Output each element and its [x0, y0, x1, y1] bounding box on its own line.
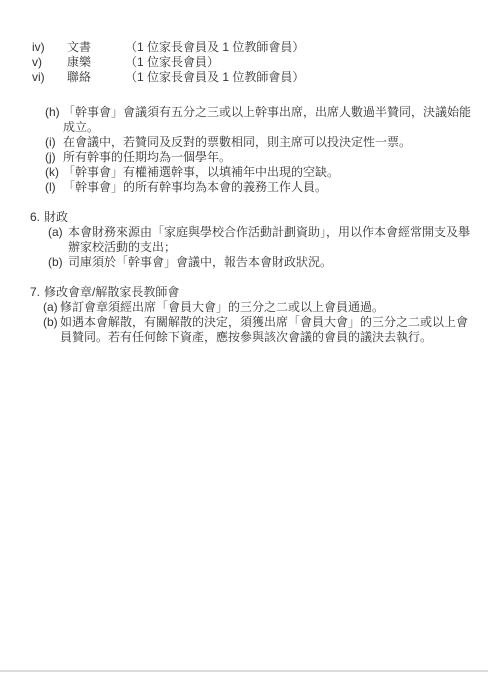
clause-l: (l) 「幹事會」的所有幹事均為本會的義務工作人員。: [45, 180, 473, 195]
clause-list: (h) 「幹事會」會議須有五分之三或以上幹事出席，出席人數過半贊同，決議始能成立…: [45, 105, 473, 195]
officer-list: iv) 文書 （1 位家長會員及 1 位教師會員） v) 康樂 （1 位家長會員…: [32, 40, 304, 85]
clause-text: 「幹事會」的所有幹事均為本會的義務工作人員。: [63, 180, 473, 195]
section-title: 財政: [44, 210, 68, 225]
section-number: 7.: [30, 285, 44, 300]
officer-row-recreation: v) 康樂 （1 位家長會員）: [32, 55, 304, 70]
clause-text: 「幹事會」會議須有五分之三或以上幹事出席，出席人數過半贊同，決議始能成立。: [63, 105, 473, 135]
clause-label: (i): [45, 135, 63, 150]
section-title: 修改會章/解散家長教師會: [44, 285, 179, 300]
officer-numeral: vi): [32, 70, 67, 85]
section-amendment-dissolution: 7. 修改會章/解散家長教師會 (a) 修訂會章須經出席「會員大會」的三分之二或…: [30, 285, 472, 345]
officer-title: 聯絡: [67, 70, 125, 85]
section-finance: 6. 財政 (a) 本會財務來源由「家庭與學校合作活動計劃資助」，用以作本會經常…: [30, 210, 480, 270]
section-item-b: (b) 司庫須於「幹事會」會議中，報告本會財政狀況。: [48, 255, 480, 270]
section-items: (a) 本會財務來源由「家庭與學校合作活動計劃資助」，用以作本會經常開支及舉辦家…: [48, 225, 480, 270]
clause-text: 所有幹事的任期均為一個學年。: [63, 150, 473, 165]
document-page: iv) 文書 （1 位家長會員及 1 位教師會員） v) 康樂 （1 位家長會員…: [0, 0, 488, 673]
officer-composition: （1 位家長會員及 1 位教師會員）: [125, 70, 304, 85]
officer-composition: （1 位家長會員及 1 位教師會員）: [125, 40, 304, 55]
officer-title: 康樂: [67, 55, 125, 70]
clause-i: (i) 在會議中，若贊同及反對的票數相同，則主席可以投決定性一票。: [45, 135, 473, 150]
officer-numeral: iv): [32, 40, 67, 55]
item-text: 本會財務來源由「家庭與學校合作活動計劃資助」，用以作本會經常開支及舉辦家校活動的…: [68, 225, 480, 255]
officer-numeral: v): [32, 55, 67, 70]
item-text: 司庫須於「幹事會」會議中，報告本會財政狀況。: [68, 255, 480, 270]
officer-composition: （1 位家長會員）: [125, 55, 219, 70]
page-bottom-edge: [0, 670, 488, 672]
section-item-a: (a) 修訂會章須經出席「會員大會」的三分之二或以上會員通過。: [43, 300, 472, 315]
section-item-b: (b) 如遇本會解散，有關解散的決定，須獲出席「會員大會」的三分之二或以上會員贊…: [43, 315, 472, 345]
item-label: (b): [48, 255, 68, 270]
item-text: 修訂會章須經出席「會員大會」的三分之二或以上會員通過。: [60, 300, 472, 315]
clause-text: 在會議中，若贊同及反對的票數相同，則主席可以投決定性一票。: [63, 135, 473, 150]
section-heading: 7. 修改會章/解散家長教師會: [30, 285, 472, 300]
clause-label: (k): [45, 165, 63, 180]
section-item-a: (a) 本會財務來源由「家庭與學校合作活動計劃資助」，用以作本會經常開支及舉辦家…: [48, 225, 480, 255]
clause-label: (h): [45, 105, 63, 135]
officer-row-liaison: vi) 聯絡 （1 位家長會員及 1 位教師會員）: [32, 70, 304, 85]
item-label: (b): [43, 315, 60, 345]
clause-text: 「幹事會」有權補選幹事，以填補年中出現的空缺。: [63, 165, 473, 180]
officer-row-secretary: iv) 文書 （1 位家長會員及 1 位教師會員）: [32, 40, 304, 55]
section-heading: 6. 財政: [30, 210, 480, 225]
item-label: (a): [48, 225, 68, 255]
clause-label: (l): [45, 180, 63, 195]
section-number: 6.: [30, 210, 44, 225]
officer-title: 文書: [67, 40, 125, 55]
clause-h: (h) 「幹事會」會議須有五分之三或以上幹事出席，出席人數過半贊同，決議始能成立…: [45, 105, 473, 135]
item-text: 如遇本會解散，有關解散的決定，須獲出席「會員大會」的三分之二或以上會員贊同。若有…: [60, 315, 472, 345]
clause-j: (j) 所有幹事的任期均為一個學年。: [45, 150, 473, 165]
clause-k: (k) 「幹事會」有權補選幹事，以填補年中出現的空缺。: [45, 165, 473, 180]
item-label: (a): [43, 300, 60, 315]
clause-label: (j): [45, 150, 63, 165]
section-items: (a) 修訂會章須經出席「會員大會」的三分之二或以上會員通過。 (b) 如遇本會…: [43, 300, 472, 345]
